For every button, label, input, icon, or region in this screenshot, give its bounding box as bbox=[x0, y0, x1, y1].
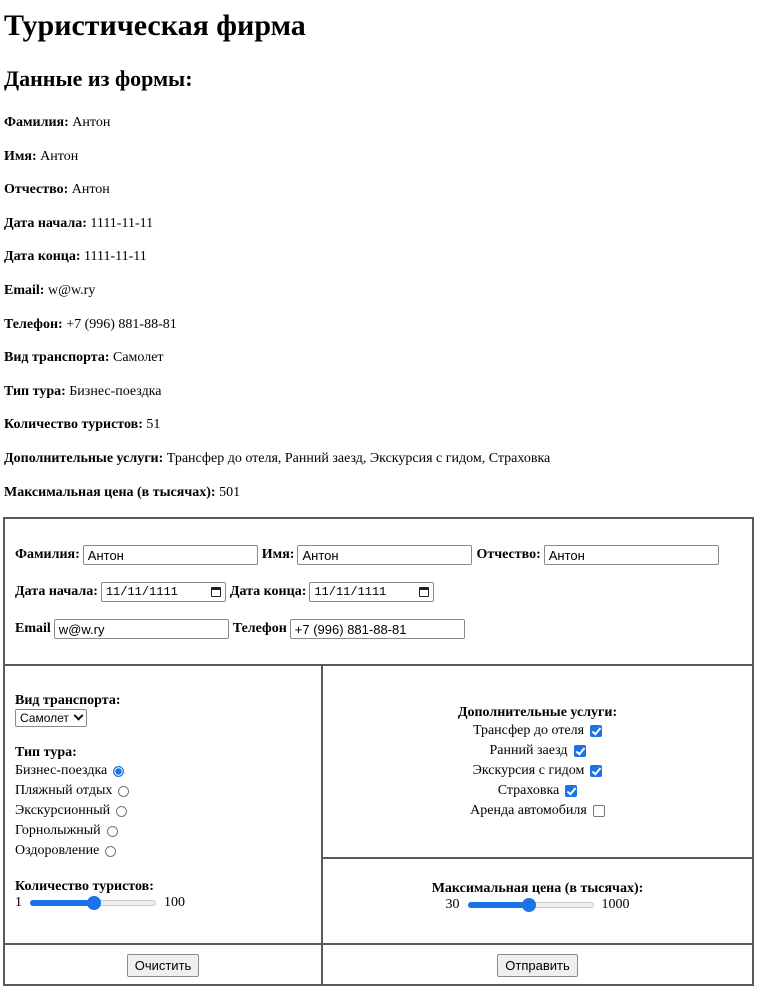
summary-line: Дата начала: 1111-11-11 bbox=[4, 215, 153, 233]
tour-type-option[interactable]: Оздоровление bbox=[15, 841, 129, 861]
summary-line: Количество туристов: 51 bbox=[4, 416, 160, 434]
summary-label: Тип тура: bbox=[4, 384, 66, 399]
end-date-input[interactable]: 11/11/1111 bbox=[309, 582, 434, 602]
radio-button[interactable] bbox=[107, 826, 118, 837]
summary-label: Телефон: bbox=[4, 317, 63, 332]
radio-button[interactable] bbox=[118, 786, 129, 797]
reset-button[interactable]: Очистить bbox=[127, 954, 200, 977]
email-input[interactable]: w@w.ry bbox=[54, 619, 229, 639]
services-block: Дополнительные услуги: Трансфер до отеля… bbox=[323, 705, 752, 821]
price-max: 1000 bbox=[602, 897, 630, 913]
summary-line: Тип тура: Бизнес-поездка bbox=[4, 383, 162, 401]
checkbox[interactable] bbox=[565, 785, 577, 797]
chevron-down-icon bbox=[73, 710, 83, 720]
name-row: Фамилия: Антон Имя: Антон Отчество: Анто… bbox=[15, 545, 723, 565]
summary-label: Отчество: bbox=[4, 182, 68, 197]
summary-label: Фамилия: bbox=[4, 115, 69, 130]
summary-value: 1111-11-11 bbox=[90, 216, 153, 231]
option-label: Экскурсионный bbox=[15, 803, 110, 819]
summary-value: Бизнес-поездка bbox=[69, 384, 161, 399]
end-date-label: Дата конца: bbox=[230, 584, 307, 600]
summary-value: Антон bbox=[72, 182, 110, 197]
summary-label: Дата начала: bbox=[4, 216, 87, 231]
price-min: 30 bbox=[446, 897, 460, 913]
slider-thumb[interactable] bbox=[522, 898, 536, 912]
summary-value: Самолет bbox=[113, 350, 164, 365]
services-label: Дополнительные услуги: bbox=[323, 705, 752, 721]
option-label: Аренда автомобиля bbox=[470, 803, 587, 819]
submit-button[interactable]: Отправить bbox=[497, 954, 577, 977]
summary-line: Дополнительные услуги: Трансфер до отеля… bbox=[4, 450, 550, 468]
tourists-max: 100 bbox=[164, 895, 185, 911]
reset-cell: Очистить bbox=[5, 945, 321, 986]
summary-label: Максимальная цена (в тысячах): bbox=[4, 485, 216, 500]
start-date-input[interactable]: 11/11/1111 bbox=[101, 582, 226, 602]
summary-label: Имя: bbox=[4, 149, 37, 164]
tour-type-block: Тип тура: Бизнес-поездкаПляжный отдыхЭкс… bbox=[15, 745, 129, 861]
calendar-icon[interactable] bbox=[211, 587, 221, 597]
price-label: Максимальная цена (в тысячах): bbox=[432, 881, 644, 897]
radio-button[interactable] bbox=[113, 766, 124, 777]
email-label: Email bbox=[15, 621, 51, 637]
summary-label: Дата конца: bbox=[4, 249, 81, 264]
summary-value: w@w.ry bbox=[48, 283, 95, 298]
transport-select[interactable]: Самолет bbox=[15, 709, 87, 727]
service-option[interactable]: Экскурсия с гидом bbox=[323, 761, 752, 781]
patronymic-label: Отчество: bbox=[476, 547, 540, 563]
summary-line: Максимальная цена (в тысячах): 501 bbox=[4, 484, 240, 502]
summary-line: Дата конца: 1111-11-11 bbox=[4, 248, 147, 266]
summary-label: Количество туристов: bbox=[4, 417, 143, 432]
summary-label: Вид транспорта: bbox=[4, 350, 109, 365]
summary-value: Антон bbox=[40, 149, 78, 164]
transport-block: Вид транспорта: Самолет bbox=[15, 693, 120, 727]
summary-value: 501 bbox=[219, 485, 240, 500]
tour-type-options: Бизнес-поездкаПляжный отдыхЭкскурсионный… bbox=[15, 761, 129, 861]
patronymic-input[interactable]: Антон bbox=[544, 545, 719, 565]
name-label: Имя: bbox=[262, 547, 295, 563]
checkbox[interactable] bbox=[593, 805, 605, 817]
phone-label: Телефон bbox=[233, 621, 287, 637]
checkbox[interactable] bbox=[590, 725, 602, 737]
option-label: Пляжный отдых bbox=[15, 783, 112, 799]
summary-value: +7 (996) 881-88-81 bbox=[66, 317, 177, 332]
surname-input[interactable]: Антон bbox=[83, 545, 258, 565]
divider bbox=[321, 857, 752, 859]
summary-value: Антон bbox=[72, 115, 110, 130]
tour-type-option[interactable]: Экскурсионный bbox=[15, 801, 129, 821]
tour-type-option[interactable]: Бизнес-поездка bbox=[15, 761, 129, 781]
contacts-row: Email w@w.ry Телефон +7 (996) 881-88-81 bbox=[15, 619, 469, 639]
services-options: Трансфер до отеляРанний заездЭкскурсия с… bbox=[323, 721, 752, 821]
price-block: Максимальная цена (в тысячах): 30 1000 bbox=[323, 881, 752, 913]
service-option[interactable]: Ранний заезд bbox=[323, 741, 752, 761]
phone-input[interactable]: +7 (996) 881-88-81 bbox=[290, 619, 465, 639]
submit-cell: Отправить bbox=[323, 945, 752, 986]
page-subtitle: Данные из формы: bbox=[4, 64, 193, 94]
transport-selected: Самолет bbox=[20, 711, 69, 725]
summary-line: Вид транспорта: Самолет bbox=[4, 349, 164, 367]
start-date-value: 11/11/1111 bbox=[106, 585, 178, 599]
summary-value: 51 bbox=[146, 417, 160, 432]
dates-row: Дата начала: 11/11/1111 Дата конца: 11/1… bbox=[15, 582, 438, 602]
option-label: Горнолыжный bbox=[15, 823, 101, 839]
option-label: Трансфер до отеля bbox=[473, 723, 584, 739]
tourists-slider[interactable] bbox=[30, 895, 156, 911]
tour-form: Фамилия: Антон Имя: Антон Отчество: Анто… bbox=[3, 517, 754, 986]
summary-value: Трансфер до отеля, Ранний заезд, Экскурс… bbox=[167, 451, 550, 466]
checkbox[interactable] bbox=[590, 765, 602, 777]
tour-type-option[interactable]: Пляжный отдых bbox=[15, 781, 129, 801]
option-label: Ранний заезд bbox=[490, 743, 568, 759]
tourists-label: Количество туристов: bbox=[15, 879, 185, 895]
summary-value: 1111-11-11 bbox=[84, 249, 147, 264]
option-label: Оздоровление bbox=[15, 843, 99, 859]
divider bbox=[5, 664, 752, 666]
end-date-value: 11/11/1111 bbox=[314, 585, 386, 599]
slider-thumb[interactable] bbox=[87, 896, 101, 910]
start-date-label: Дата начала: bbox=[15, 584, 98, 600]
summary-line: Имя: Антон bbox=[4, 148, 78, 166]
summary-line: Фамилия: Антон bbox=[4, 114, 110, 132]
radio-button[interactable] bbox=[116, 806, 127, 817]
tour-type-option[interactable]: Горнолыжный bbox=[15, 821, 129, 841]
tour-type-label: Тип тура: bbox=[15, 745, 129, 761]
option-label: Экскурсия с гидом bbox=[473, 763, 585, 779]
summary-label: Дополнительные услуги: bbox=[4, 451, 163, 466]
transport-label: Вид транспорта: bbox=[15, 693, 120, 709]
summary-line: Телефон: +7 (996) 881-88-81 bbox=[4, 316, 177, 334]
calendar-icon[interactable] bbox=[419, 587, 429, 597]
surname-label: Фамилия: bbox=[15, 547, 80, 563]
checkbox[interactable] bbox=[574, 745, 586, 757]
tourists-block: Количество туристов: 1 100 bbox=[15, 879, 185, 911]
summary-line: Email: w@w.ry bbox=[4, 282, 95, 300]
summary-label: Email: bbox=[4, 283, 44, 298]
summary-line: Отчество: Антон bbox=[4, 181, 110, 199]
page-title: Туристическая фирма bbox=[4, 6, 306, 46]
service-option[interactable]: Трансфер до отеля bbox=[323, 721, 752, 741]
option-label: Страховка bbox=[498, 783, 560, 799]
tourists-min: 1 bbox=[15, 895, 22, 911]
radio-button[interactable] bbox=[105, 846, 116, 857]
price-slider[interactable] bbox=[468, 897, 594, 913]
service-option[interactable]: Страховка bbox=[323, 781, 752, 801]
service-option[interactable]: Аренда автомобиля bbox=[323, 801, 752, 821]
name-input[interactable]: Антон bbox=[297, 545, 472, 565]
option-label: Бизнес-поездка bbox=[15, 763, 107, 779]
